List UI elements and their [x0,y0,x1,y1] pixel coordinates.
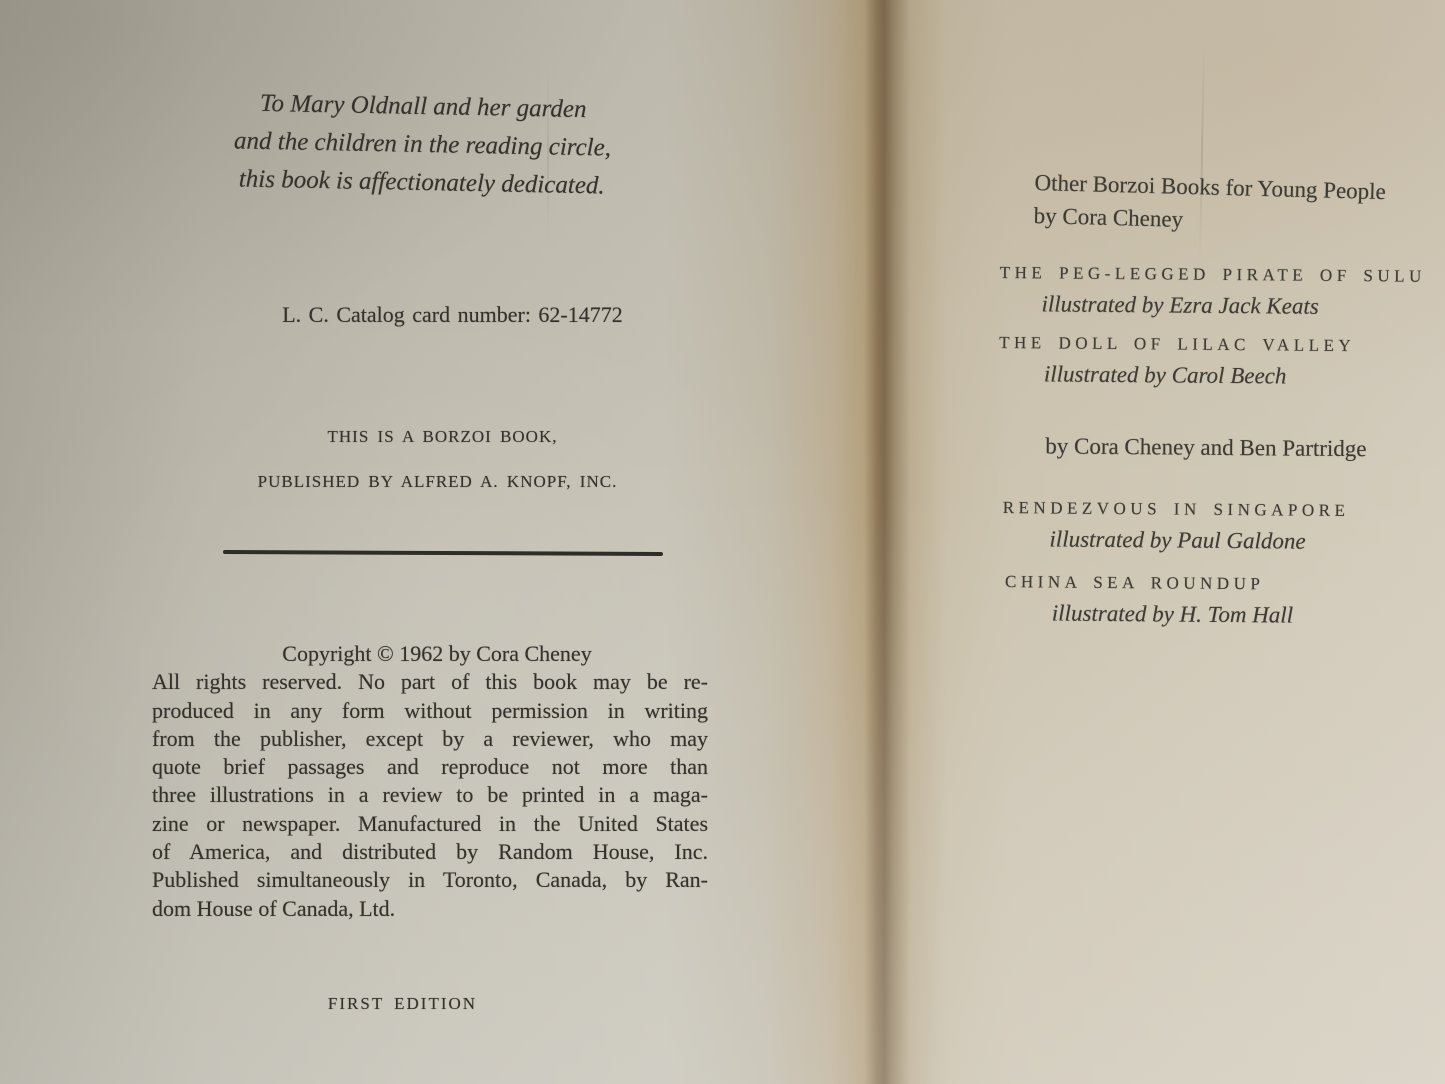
open-book-photo: To Mary Oldnall and her garden and the c… [0,0,1445,1084]
coauthor-line: by Cora Cheney and Ben Partridge [1045,433,1366,462]
catalog-card-number: L. C. Catalog card number: 62-14772 [170,302,735,328]
other-books-header: Other Borzoi Books for Young People by C… [1033,166,1435,242]
copyright-notice: Copyright © 1962 by Cora Cheney All righ… [152,640,708,923]
copyright-line: from the publisher, except by a reviewer… [152,725,708,753]
other-books-list: THE PEG-LEGGED PIRATE OF SULU illustrate… [996,250,1445,674]
copyright-line: three illustrations in a review to be pr… [152,781,708,809]
publisher-line: PUBLISHED BY ALFRED A. KNOPF, INC. [155,472,720,492]
book-illustrator-credit: illustrated by Paul Galdone [1049,526,1305,554]
copyright-line: of America, and distributed by Random Ho… [152,838,708,866]
copyright-line: All rights reserved. No part of this boo… [152,668,708,696]
copyright-line: dom House of Canada, Ltd. [152,895,708,923]
book-illustrator-credit: illustrated by Carol Beech [1044,361,1287,389]
copyright-line: produced in any form without permission … [152,697,708,725]
copyright-line: quote brief passages and reproduce not m… [152,753,708,781]
copyright-line: Copyright © 1962 by Cora Cheney [152,640,708,668]
book-illustrator-credit: illustrated by Ezra Jack Keats [1041,291,1318,319]
book-title: CHINA SEA ROUNDUP [1005,572,1264,594]
borzoi-imprint-line: THIS IS A BORZOI BOOK, [160,427,725,447]
copyright-line: Published simultaneously in Toronto, Can… [152,866,708,894]
book-illustrator-credit: illustrated by H. Tom Hall [1052,600,1294,628]
book-title: RENDEZVOUS IN SINGAPORE [1003,498,1350,521]
divider-rule [223,550,663,556]
first-edition-line: FIRST EDITION [120,994,685,1014]
dedication-text: To Mary Oldnall and her garden and the c… [139,83,706,208]
copyright-line: zine or newspaper. Manufactured in the U… [152,810,708,838]
book-title: THE PEG-LEGGED PIRATE OF SULU [1000,263,1426,287]
book-title: THE DOLL OF LILAC VALLEY [999,333,1355,356]
